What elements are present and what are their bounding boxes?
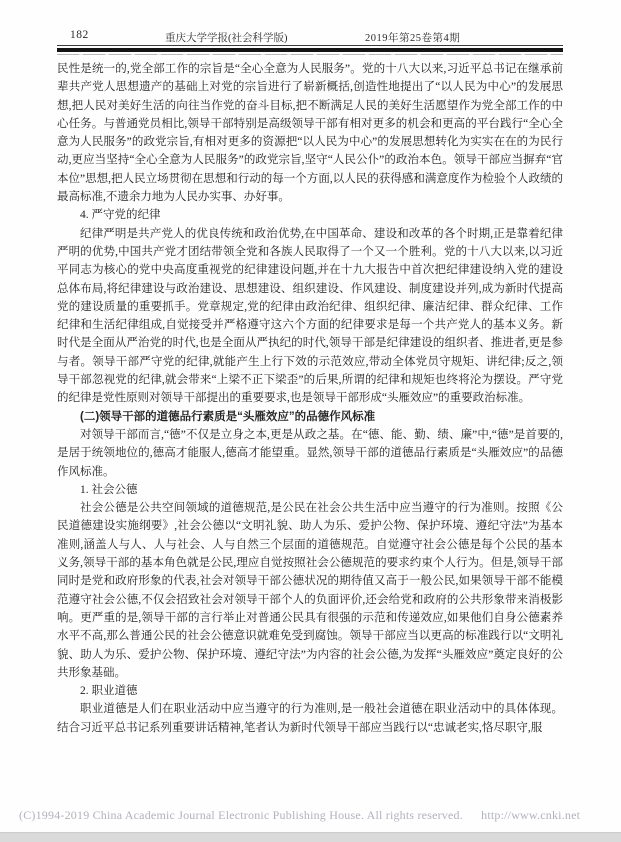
section-heading-1: 1. 社会公德 [57,481,563,499]
section-heading-2: 2. 职业道德 [57,682,563,700]
cnki-watermark: (C)1994-2019 China Academic Journal Elec… [19,808,599,823]
issue-info: 2019年第25卷第4期 [365,30,460,45]
paragraph: 社会公德是公共空间领域的道德规范,是公民在社会公共生活中应当遵守的行为准则。按照… [57,499,563,682]
copyright-text: (C)1994-2019 China Academic Journal Elec… [19,808,463,822]
header-rule-gray [57,54,563,55]
paragraph: 职业道德是人们在职业活动中应当遵守的行为准则,是一般社会道德在职业活动中的具体体… [57,700,563,737]
subsection-heading-2: (二)领导干部的道德品行素质是“头雁效应”的品德作风标准 [57,408,563,426]
header-rule-thick [57,48,563,52]
paragraph: 纪律严明是共产党人的优良传统和政治优势,在中国革命、建设和改革的各个时期,正是靠… [57,225,563,408]
article-body: 民性是统一的,党全部工作的宗旨是“全心全意为人民服务”。党的十八大以来,习近平总… [57,60,563,737]
header-rule-thin [57,45,563,46]
page-number: 182 [70,29,89,41]
paragraph: 对领导干部而言,“德”不仅是立身之本,更是从政之基。在“德、能、勤、绩、廉”中,… [57,426,563,481]
journal-title: 重庆大学学报(社会科学版) [165,30,288,45]
scan-edge-strip [0,832,621,842]
cnki-url: http://www.cnki.net [481,808,580,822]
paragraph-continued: 民性是统一的,党全部工作的宗旨是“全心全意为人民服务”。党的十八大以来,习近平总… [57,60,563,206]
running-head: 182 重庆大学学报(社会科学版) 2019年第25卷第4期 [57,29,563,45]
section-heading-4: 4. 严守党的纪律 [57,206,563,224]
journal-page: 182 重庆大学学报(社会科学版) 2019年第25卷第4期 民性是统一的,党全… [0,0,621,842]
